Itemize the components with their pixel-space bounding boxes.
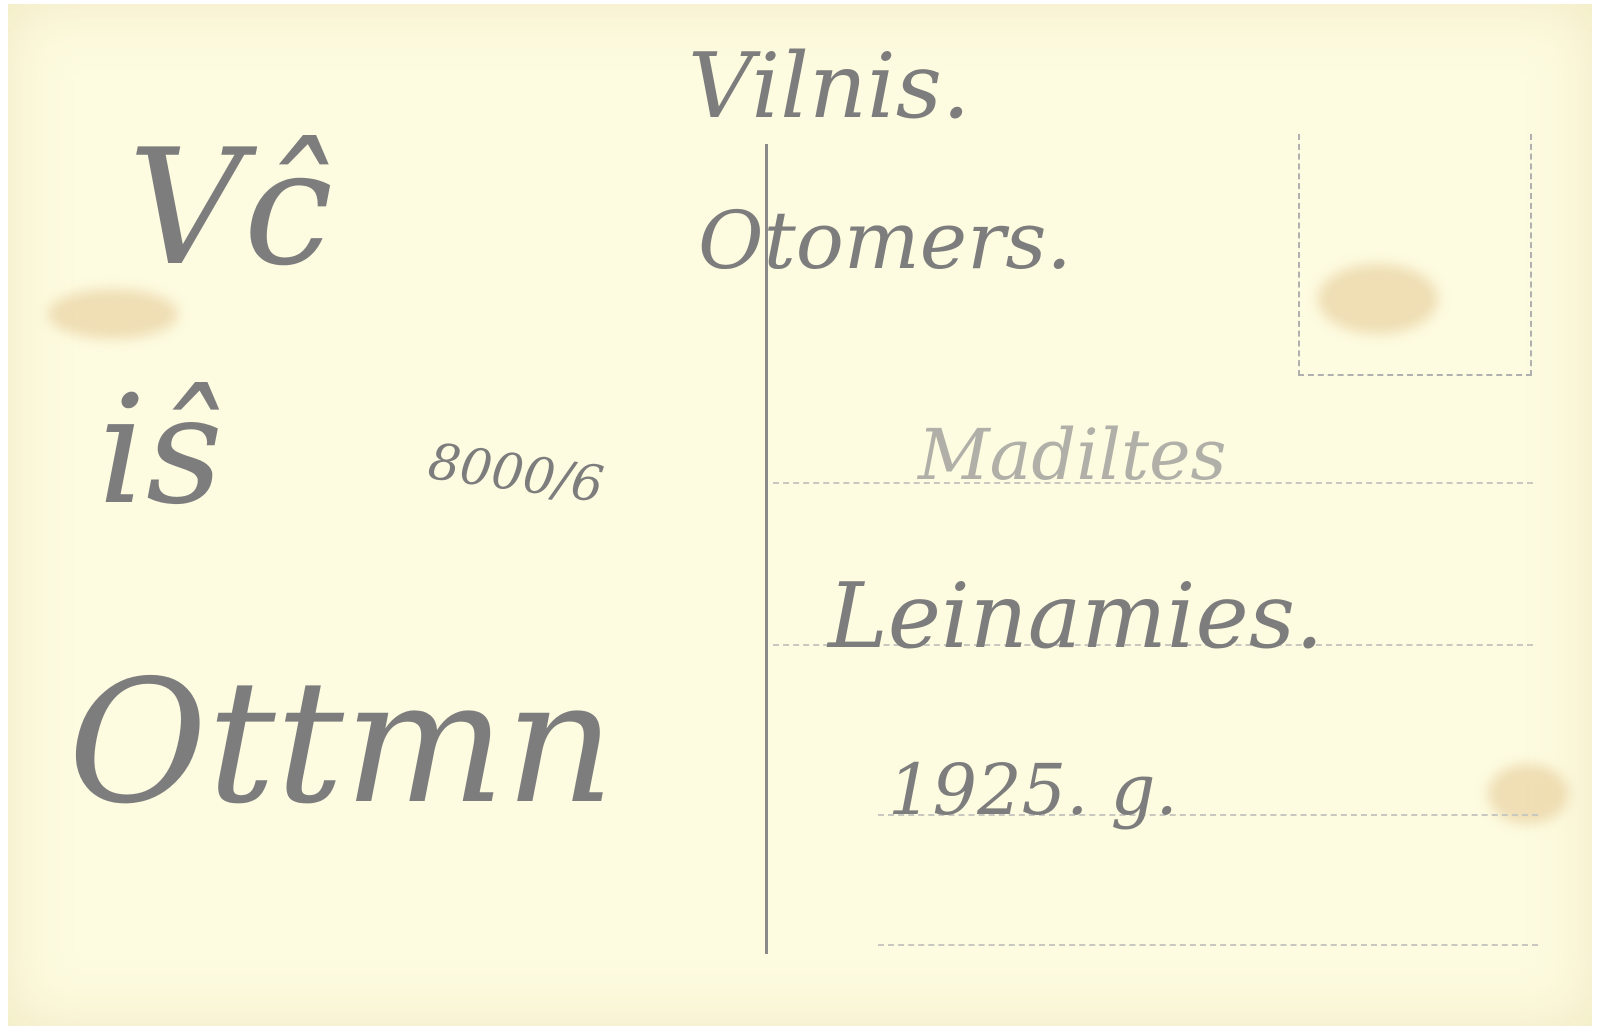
address-line3: 1925. g.: [888, 749, 1178, 831]
postcard: Vĉ iŝ Ottmn 8000/6 Vilnis. Otomers. Madi…: [8, 4, 1592, 1026]
handwriting-scribble: Vĉ: [128, 114, 333, 301]
second-line: Otomers.: [698, 194, 1072, 287]
top-text: Vilnis.: [688, 34, 971, 139]
handwriting-scribble: Ottmn: [68, 644, 615, 842]
address-line2: Leinamies.: [828, 564, 1324, 669]
pencil-number: 8000/6: [425, 432, 607, 514]
handwriting-scribble: iŝ: [98, 364, 223, 538]
stamp-box: [1298, 134, 1532, 376]
address-line: [878, 944, 1538, 946]
address-line1: Madiltes: [918, 414, 1226, 496]
